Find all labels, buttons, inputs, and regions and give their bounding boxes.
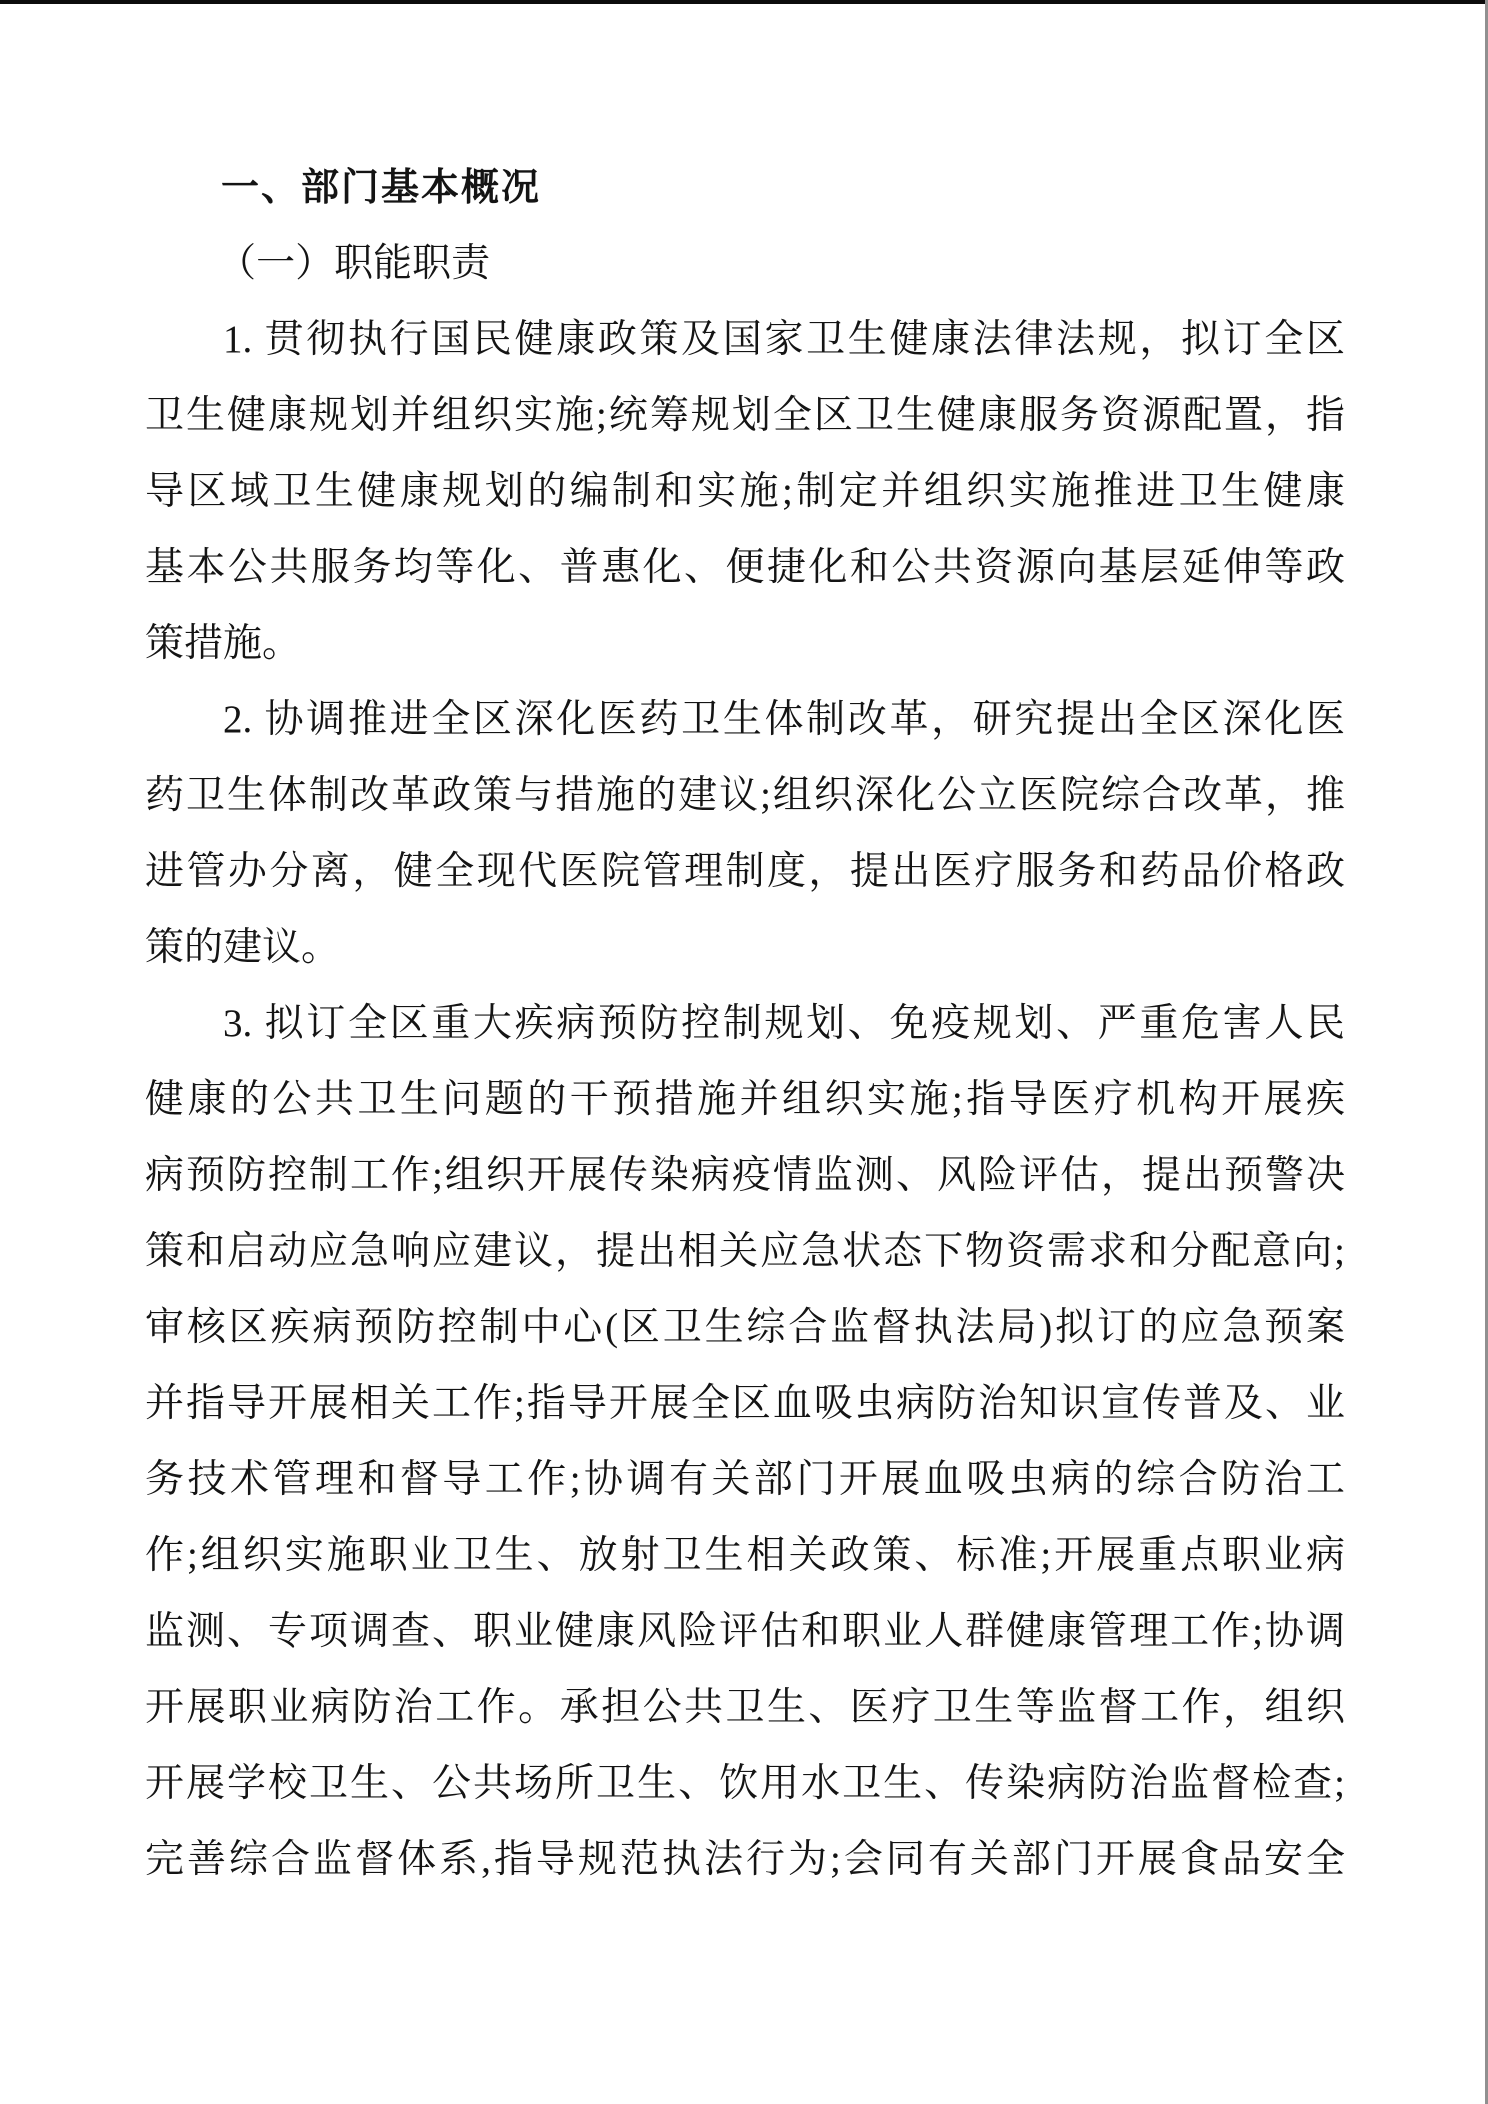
paragraph-3-line-11: 开展学校卫生、公共场所卫生、饮用水卫生、传染病防治监督检查; [145, 1746, 1345, 1822]
paragraph-3-line-9: 监测、专项调查、职业健康风险评估和职业人群健康管理工作;协调 [145, 1594, 1345, 1670]
paragraph-1-line-3: 导区域卫生健康规划的编制和实施;制定并组织实施推进卫生健康 [145, 454, 1345, 530]
paragraph-3-line-5: 审核区疾病预防控制中心(区卫生综合监督执法局)拟订的应急预案 [145, 1290, 1345, 1366]
paragraph-2-line-2: 药卫生体制改革政策与措施的建议;组织深化公立医院综合改革，推 [145, 758, 1345, 834]
paragraph-1-line-2: 卫生健康规划并组织实施;统筹规划全区卫生健康服务资源配置，指 [145, 378, 1345, 454]
paragraph-1-line-5: 策措施。 [145, 606, 1345, 682]
paragraph-3-line-4: 策和启动应急响应建议，提出相关应急状态下物资需求和分配意向; [145, 1214, 1345, 1290]
paragraph-3-line-2: 健康的公共卫生问题的干预措施并组织实施;指导医疗机构开展疾 [145, 1062, 1345, 1138]
page-top-edge [0, 0, 1488, 4]
paragraph-3-line-7: 务技术管理和督导工作;协调有关部门开展血吸虫病的综合防治工 [145, 1442, 1345, 1518]
paragraph-2-line-1: 2. 协调推进全区深化医药卫生体制改革，研究提出全区深化医 [145, 682, 1345, 758]
subsection-heading: （一）职能职责 [145, 226, 1345, 302]
paragraph-2-line-4: 策的建议。 [145, 910, 1345, 986]
paragraphs-container: 1. 贯彻执行国民健康政策及国家卫生健康法律法规，拟订全区卫生健康规划并组织实施… [145, 302, 1345, 1898]
paragraph-3-line-1: 3. 拟订全区重大疾病预防控制规划、免疫规划、严重危害人民 [145, 986, 1345, 1062]
paragraph-1-line-1: 1. 贯彻执行国民健康政策及国家卫生健康法律法规，拟订全区 [145, 302, 1345, 378]
paragraph-3-line-10: 开展职业病防治工作。承担公共卫生、医疗卫生等监督工作，组织 [145, 1670, 1345, 1746]
paragraph-2-line-3: 进管办分离，健全现代医院管理制度，提出医疗服务和药品价格政 [145, 834, 1345, 910]
paragraph-3-line-3: 病预防控制工作;组织开展传染病疫情监测、风险评估，提出预警决 [145, 1138, 1345, 1214]
section-heading: 一、部门基本概况 [145, 150, 1345, 226]
paragraph-3-line-8: 作;组织实施职业卫生、放射卫生相关政策、标准;开展重点职业病 [145, 1518, 1345, 1594]
paragraph-3-line-12: 完善综合监督体系,指导规范执法行为;会同有关部门开展食品安全 [145, 1822, 1345, 1898]
paragraph-3-line-6: 并指导开展相关工作;指导开展全区血吸虫病防治知识宣传普及、业 [145, 1366, 1345, 1442]
document-content: 一、部门基本概况 （一）职能职责 1. 贯彻执行国民健康政策及国家卫生健康法律法… [145, 150, 1345, 1898]
paragraph-1-line-4: 基本公共服务均等化、普惠化、便捷化和公共资源向基层延伸等政 [145, 530, 1345, 606]
